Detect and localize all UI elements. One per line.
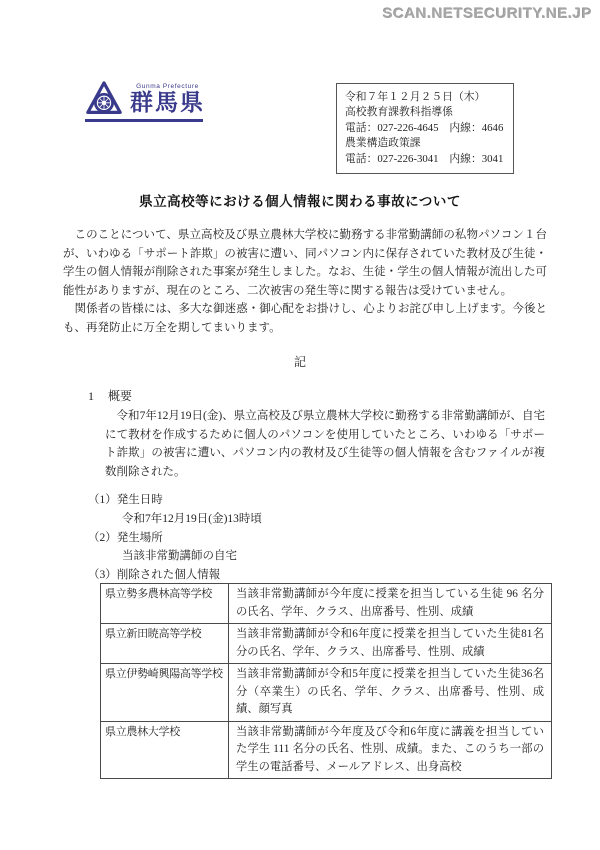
- deleted-info: 当該非常勤講師が今年度及び令和6年度に講義を担当していた学生 111 名分の氏名…: [229, 721, 552, 779]
- table-row: 県立農林大学校 当該非常勤講師が今年度及び令和6年度に講義を担当していた学生 1…: [101, 721, 552, 779]
- document-page: { "watermark": "SCAN.NETSECURITY.NE.JP",…: [0, 0, 600, 850]
- intro-paragraph-2: 関係者の皆様には、多大な御迷惑・御心配をお掛けし、心よりお詫び申し上げます。今後…: [63, 300, 547, 337]
- school-name: 県立勢多農林高等学校: [101, 584, 229, 624]
- school-name: 県立農林大学校: [101, 721, 229, 779]
- item-1-label: （1）発生日時: [88, 491, 548, 510]
- table-row: 県立伊勢崎興陽高等学校 当該非常勤講師が令和5年度に授業を担当していた生徒36名…: [101, 664, 552, 722]
- gunma-crest-icon: [85, 81, 123, 119]
- section-1-title: 概要: [108, 389, 132, 403]
- deleted-info: 当該非常勤講師が令和5年度に授業を担当していた生徒36名分（卒業生）の氏名、学年…: [229, 664, 552, 722]
- release-date: 令和７年１２月２５日（木）: [345, 90, 505, 105]
- deleted-info: 当該非常勤講師が令和6年度に授業を担当していた生徒81名分の氏名、学年、クラス、…: [229, 624, 552, 664]
- item-2-label: （2）発生場所: [88, 529, 548, 548]
- contact-division-1: 高校教育課教科指導係: [345, 105, 505, 120]
- section-1-body: 令和7年12月19日(金)、県立高校及び県立農林大学校に勤務する非常勤講師が、自…: [105, 407, 545, 481]
- table-row: 県立勢多農林高等学校 当該非常勤講師が今年度に授業を担当している生徒 96 名分…: [101, 584, 552, 624]
- school-name: 県立伊勢崎興陽高等学校: [101, 664, 229, 722]
- contact-phone-1: 電話：027-226-4645 内線：4646: [345, 121, 505, 136]
- item-1-value: 令和7年12月19日(金)13時頃: [122, 510, 548, 529]
- site-watermark: SCAN.NETSECURITY.NE.JP: [383, 5, 592, 22]
- school-name: 県立新田暁高等学校: [101, 624, 229, 664]
- gunma-prefecture-logo: Gunma Prefecture 群馬県: [85, 81, 205, 119]
- deleted-info-table: 県立勢多農林高等学校 当該非常勤講師が今年度に授業を担当している生徒 96 名分…: [100, 583, 552, 779]
- document-title: 県立高校等における個人情報に関わる事故について: [0, 190, 600, 210]
- item-2-value: 当該非常勤講師の自宅: [122, 547, 548, 566]
- contact-info-box: 令和７年１２月２５日（木） 高校教育課教科指導係 電話：027-226-4645…: [336, 83, 514, 174]
- intro-paragraph-1: このことについて、県立高校及び県立農林大学校に勤務する非常勤講師の私物パソコン１…: [63, 226, 547, 300]
- logo-underline: [85, 119, 203, 122]
- intro-paragraphs: このことについて、県立高校及び県立農林大学校に勤務する非常勤講師の私物パソコン１…: [63, 226, 547, 338]
- table-row: 県立新田暁高等学校 当該非常勤講師が令和6年度に授業を担当していた生徒81名分の…: [101, 624, 552, 664]
- logo-english-label: Gunma Prefecture: [136, 83, 199, 90]
- contact-division-2: 農業構造政策課: [345, 136, 505, 151]
- deleted-info: 当該非常勤講師が今年度に授業を担当している生徒 96 名分の氏名、学年、クラス、…: [229, 584, 552, 624]
- logo-japanese-label: 群馬県: [130, 90, 205, 116]
- section-1-items: （1）発生日時 令和7年12月19日(金)13時頃 （2）発生場所 当該非常勤講…: [88, 491, 548, 585]
- contact-phone-2: 電話：027-226-3041 内線：3041: [345, 152, 505, 167]
- record-mark: 記: [0, 353, 600, 370]
- section-1-heading: 1概要: [88, 387, 132, 404]
- section-1-number: 1: [88, 389, 94, 403]
